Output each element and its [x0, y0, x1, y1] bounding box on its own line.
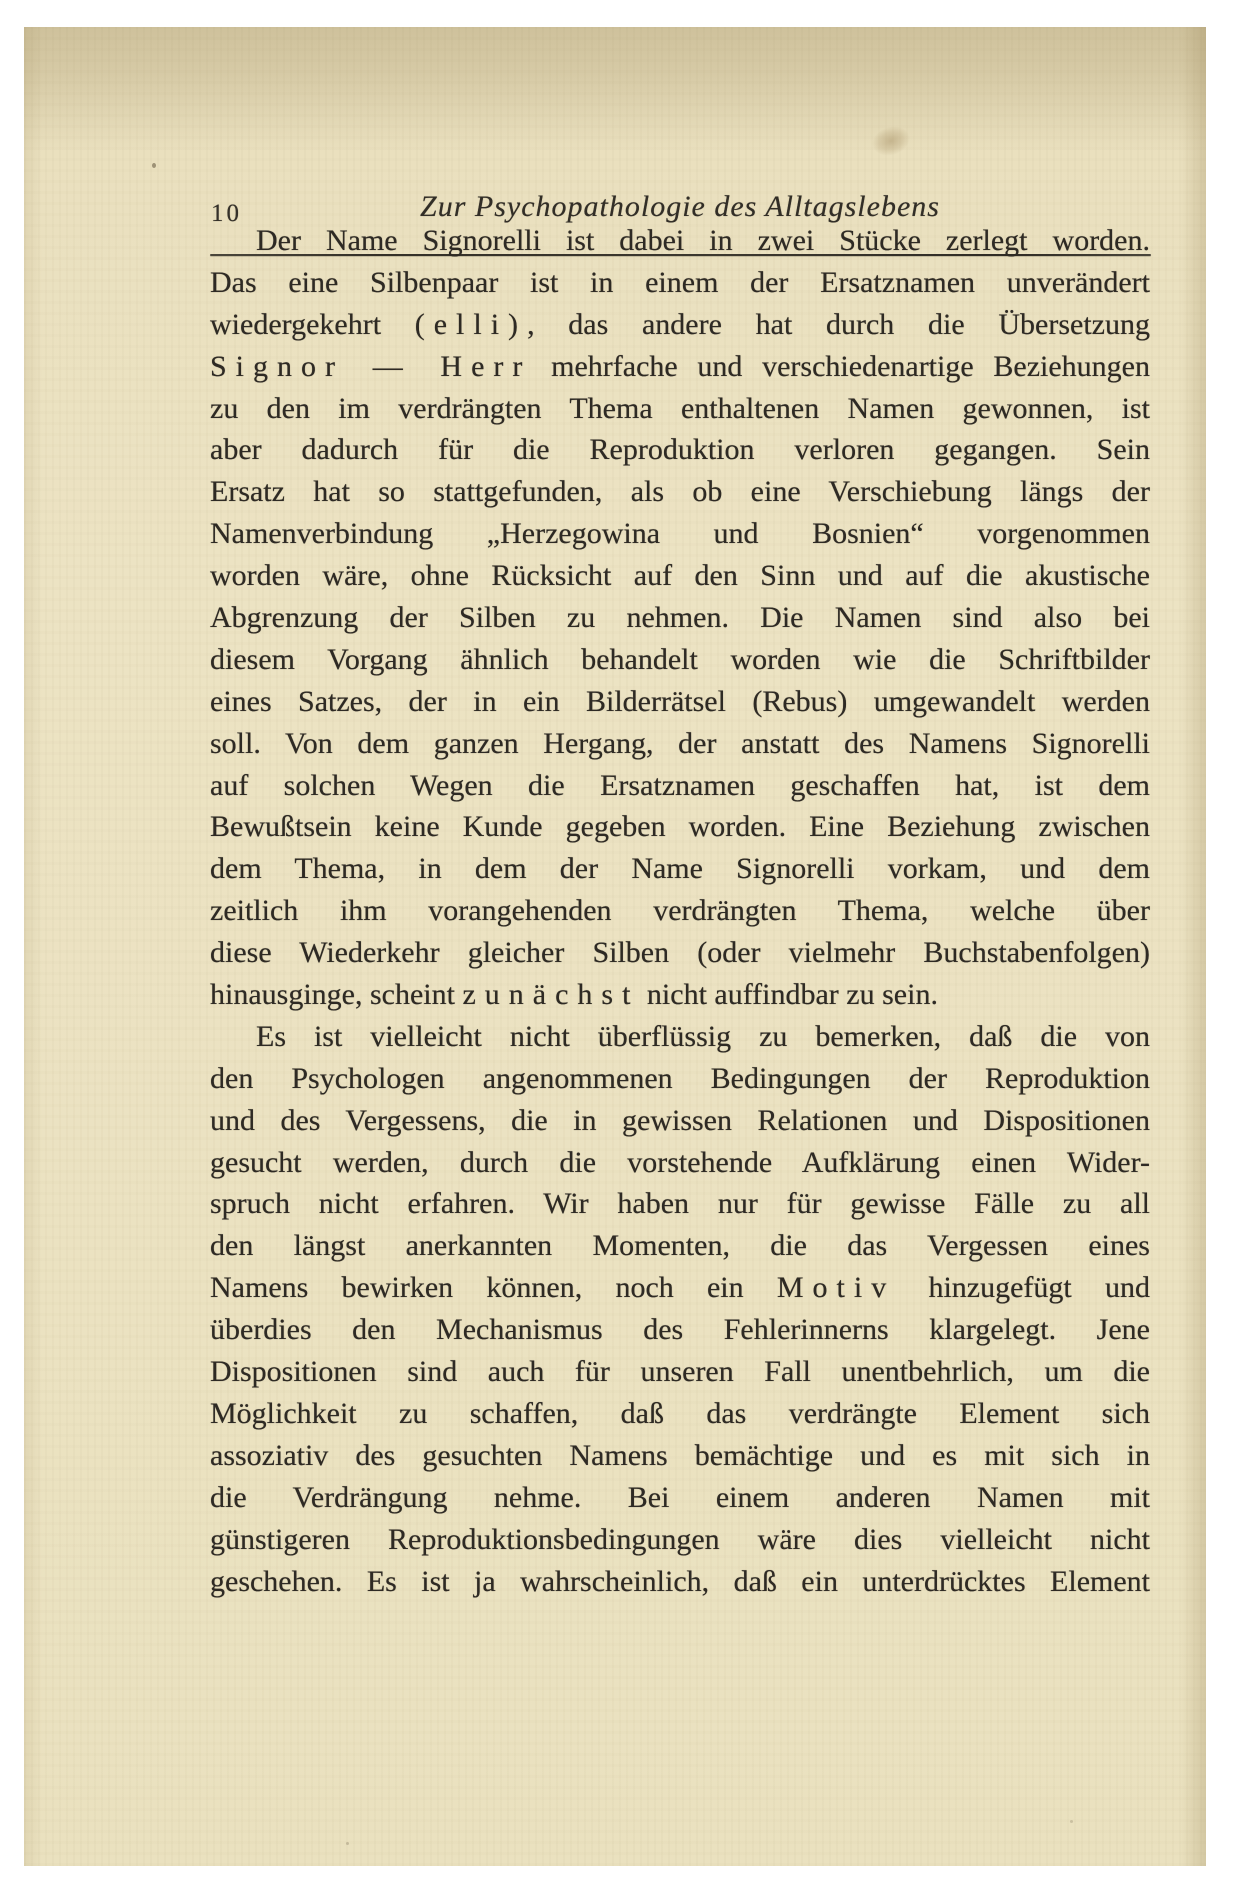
text-line: zu den im verdrängten Thema enthaltenen … [210, 388, 1150, 430]
text-line: Dispositionen sind auch für unseren Fall… [210, 1351, 1150, 1393]
text-segment: wiedergekehrt [210, 308, 415, 341]
text-line: Möglichkeit zu schaffen, daß das verdrän… [210, 1393, 1150, 1435]
text-line: und des Vergessens, die in gewissen Rela… [210, 1100, 1150, 1142]
text-line: günstigeren Reproduktionsbedingungen wär… [210, 1519, 1150, 1561]
text-line: Der Name Signorelli ist dabei in zwei St… [210, 220, 1150, 262]
text-line: soll. Von dem ganzen Hergang, der anstat… [210, 723, 1150, 765]
body-text: Der Name Signorelli ist dabei in zwei St… [210, 220, 1150, 1602]
page-paper: 10 Zur Psychopathologie des Alltagsleben… [24, 27, 1206, 1866]
text-segment: nicht auffindbar zu sein. [639, 978, 938, 1011]
text-line: Bewußtsein keine Kunde gegeben worden. E… [210, 806, 1150, 848]
letterspaced-segment: Signor — Herr [210, 350, 531, 383]
text-line: Es ist vielleicht nicht überflüssig zu b… [210, 1016, 1150, 1058]
letterspaced-segment: (elli) [415, 308, 527, 341]
text-line: assoziativ des gesuchten Namens bemächti… [210, 1435, 1150, 1477]
text-line: den längst anerkannten Momenten, die das… [210, 1225, 1150, 1267]
text-segment: hinzugefügt und [895, 1271, 1150, 1304]
text-line: diese Wiederkehr gleicher Silben (oder v… [210, 932, 1150, 974]
text-line: Ersatz hat so stattgefunden, als ob eine… [210, 471, 1150, 513]
text-line: eines Satzes, der in ein Bilderrätsel (R… [210, 681, 1150, 723]
text-line: worden wäre, ohne Rücksicht auf den Sinn… [210, 555, 1150, 597]
text-line: dem Thema, in dem der Name Signorelli vo… [210, 848, 1150, 890]
text-line: den Psychologen angenommenen Bedingungen… [210, 1058, 1150, 1100]
text-line: Namenverbindung „Herzegowina und Bosnien… [210, 513, 1150, 555]
text-line: Signor — Herr mehrfache und verschiedena… [210, 346, 1150, 388]
text-line: diesem Vorgang ähnlich behandelt worden … [210, 639, 1150, 681]
text-line: Das eine Silbenpaar ist in einem der Ers… [210, 262, 1150, 304]
text-segment: , das andere hat durch die Übersetzung [527, 308, 1150, 341]
text-line: Namens bewirken können, noch ein Motiv h… [210, 1267, 1150, 1309]
scanned-book-page: { "page": { "number": "10", "running_tit… [0, 0, 1238, 1897]
text-line: spruch nicht erfahren. Wir haben nur für… [210, 1183, 1150, 1225]
text-line: zeitlich ihm vorangehenden verdrängten T… [210, 890, 1150, 932]
text-line: die Verdrängung nehme. Bei einem anderen… [210, 1477, 1150, 1519]
text-line: aber dadurch für die Reproduktion verlor… [210, 429, 1150, 471]
text-segment: mehrfache und verschiedenartige Beziehun… [531, 350, 1150, 383]
letterspaced-segment: Motiv [777, 1271, 895, 1304]
text-line: hinausginge, scheint zunächst nicht auff… [210, 974, 1150, 1016]
text-line: Abgrenzung der Silben zu nehmen. Die Nam… [210, 597, 1150, 639]
text-line: gesucht werden, durch die vorstehende Au… [210, 1142, 1150, 1184]
printed-area: 10 Zur Psychopathologie des Alltagsleben… [24, 27, 1206, 1866]
page-header: 10 Zur Psychopathologie des Alltagsleben… [210, 27, 1150, 87]
text-segment: hinausginge, scheint [210, 978, 462, 1011]
letterspaced-segment: zunächst [462, 978, 639, 1011]
text-line: wiedergekehrt (elli), das andere hat dur… [210, 304, 1150, 346]
text-segment: Namens bewirken können, noch ein [210, 1271, 777, 1304]
text-line: überdies den Mechanismus des Fehlerinner… [210, 1309, 1150, 1351]
text-line: geschehen. Es ist ja wahrscheinlich, daß… [210, 1561, 1150, 1603]
text-line: auf solchen Wegen die Ersatznamen gescha… [210, 765, 1150, 807]
